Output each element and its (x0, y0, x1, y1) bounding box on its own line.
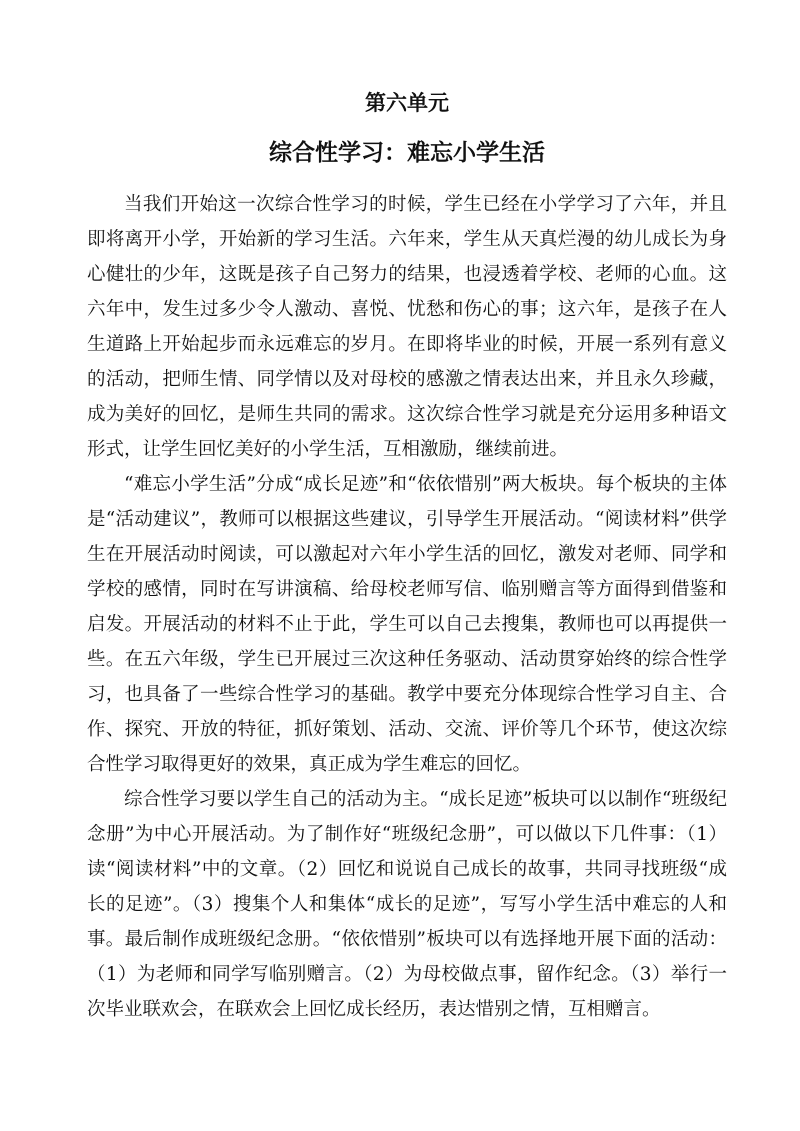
document-body: 当我们开始这一次综合性学习的时候，学生已经在小学学习了六年，并且即将离开小学，开… (87, 187, 727, 1027)
paragraph-structure: “难忘小学生活”分成“成长足迹”和“依依惜别”两大板块。每个板块的主体是“活动建… (87, 467, 727, 782)
unit-title: 第六单元 (87, 88, 727, 118)
document-page: 第六单元 综合性学习：难忘小学生活 当我们开始这一次综合性学习的时候，学生已经在… (0, 0, 800, 1131)
lesson-title: 综合性学习：难忘小学生活 (87, 137, 727, 169)
paragraph-activities: 综合性学习要以学生自己的活动为主。“成长足迹”板块可以以制作“班级纪念册”为中心… (87, 782, 727, 1027)
paragraph-intro: 当我们开始这一次综合性学习的时候，学生已经在小学学习了六年，并且即将离开小学，开… (87, 187, 727, 467)
